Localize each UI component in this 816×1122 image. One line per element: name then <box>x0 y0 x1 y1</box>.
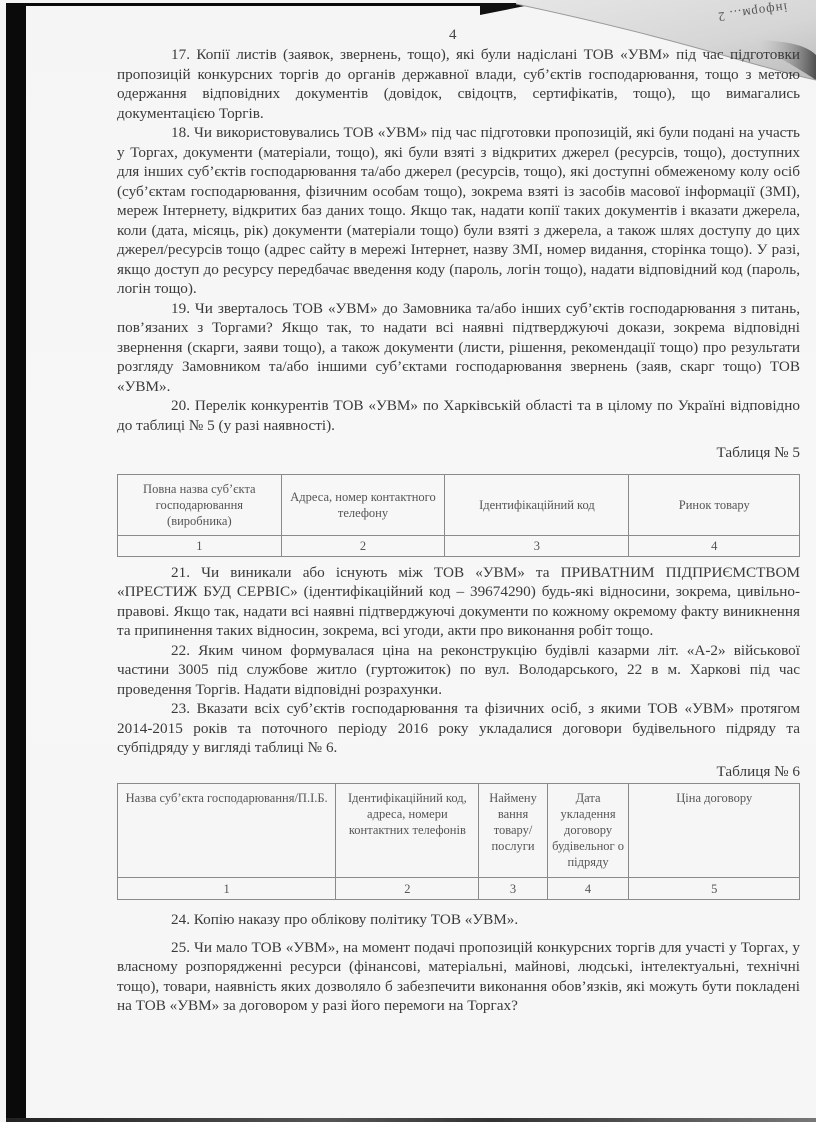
paragraph-21: 21. Чи виникали або існують між ТОВ «УВМ… <box>117 563 800 641</box>
paragraph-19: 19. Чи зверталось ТОВ «УВМ» до Замовника… <box>117 299 800 397</box>
table6-caption: Таблиця № 6 <box>117 762 800 782</box>
table6-number-cell: 3 <box>479 878 547 900</box>
table6-number-cell: 4 <box>547 878 629 900</box>
paragraph-25: 25. Чи мало ТОВ «УВМ», на момент подачі … <box>117 938 800 1016</box>
table5-header-row: Повна назва суб’єкта господарювання (вир… <box>118 474 800 535</box>
table5-header-cell: Повна назва суб’єкта господарювання (вир… <box>118 474 282 535</box>
paragraph-22: 22. Яким чином формувалася ціна на рекон… <box>117 641 800 700</box>
table5-number-cell: 4 <box>629 535 800 556</box>
table5-number-row: 1 2 3 4 <box>118 535 800 556</box>
scan-bottom-edge <box>6 1118 816 1122</box>
table6-number-cell: 1 <box>118 878 336 900</box>
table6-header-cell: Назва суб’єкта господарювання/П.І.Б. <box>118 784 336 878</box>
paragraph-18: 18. Чи використовувались ТОВ «УВМ» під ч… <box>117 123 800 299</box>
table6-header-cell: Дата укладення договору будівельног о пі… <box>547 784 629 878</box>
table6-number-cell: 2 <box>336 878 479 900</box>
table-5: Повна назва суб’єкта господарювання (вир… <box>117 474 800 557</box>
paragraph-23: 23. Вказати всіх суб’єктів господарюванн… <box>117 699 800 758</box>
scan-top-edge <box>6 3 526 6</box>
table5-header-cell: Ідентифікаційний код <box>445 474 629 535</box>
table6-number-cell: 5 <box>629 878 800 900</box>
paragraph-20: 20. Перелік конкурентів ТОВ «УВМ» по Хар… <box>117 396 800 435</box>
table6-header-row: Назва суб’єкта господарювання/П.І.Б. Іде… <box>118 784 800 878</box>
table6-header-cell: Ціна договору <box>629 784 800 878</box>
table5-number-cell: 1 <box>118 535 282 556</box>
table5-caption: Таблиця № 5 <box>117 443 800 463</box>
document-body: 17. Копії листів (заявок, звернень, тощо… <box>117 45 800 1016</box>
scan-shadow-wedge <box>480 3 540 15</box>
table5-header-cell: Ринок товару <box>629 474 800 535</box>
page-number: 4 <box>449 27 457 44</box>
table-6: Назва суб’єкта господарювання/П.І.Б. Іде… <box>117 783 800 900</box>
table6-header-cell: Ідентифікаційний код, адреса, номери кон… <box>336 784 479 878</box>
table6-number-row: 1 2 3 4 5 <box>118 878 800 900</box>
paragraph-24: 24. Копію наказу про облікову політику Т… <box>117 910 800 930</box>
table5-number-cell: 3 <box>445 535 629 556</box>
paragraph-17: 17. Копії листів (заявок, звернень, тощо… <box>117 45 800 123</box>
table5-header-cell: Адреса, номер контактного телефону <box>281 474 445 535</box>
table5-number-cell: 2 <box>281 535 445 556</box>
scan-left-edge <box>6 3 26 1120</box>
table6-header-cell: Наймену вання товару/ послуги <box>479 784 547 878</box>
